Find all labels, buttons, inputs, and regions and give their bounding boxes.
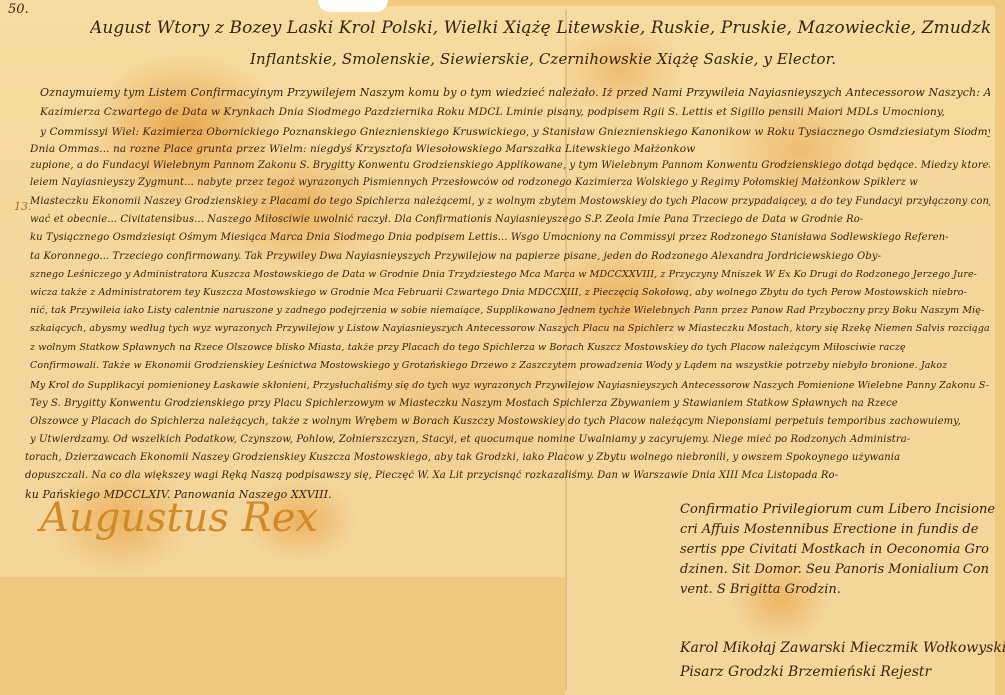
note-line: Confirmatio Privilegiorum cum Libero Inc… bbox=[680, 502, 995, 517]
royal-signature: Augustus Rex bbox=[40, 495, 318, 541]
heading-line-2: Inflantskie, Smolenskie, Siewierskie, Cz… bbox=[250, 50, 836, 68]
body-line: wać et obecnie... Civitatensibus... Nasz… bbox=[30, 214, 863, 225]
body-line: ta Koronnego... Trzeciego confirmowany. … bbox=[30, 251, 881, 262]
background-strip-right bbox=[995, 0, 1005, 695]
body-line: y Commissyi Wiel: Kazimierza Obornickieg… bbox=[40, 126, 990, 138]
blank-background-area bbox=[0, 577, 565, 695]
body-line: Dnia Ommas... na rozne Place grunta prze… bbox=[30, 143, 695, 155]
body-line: z wolnym Statkow Spławnych na Rzece Olsz… bbox=[30, 342, 906, 353]
heading-line-1: August Wtory z Bozey Laski Krol Polski, … bbox=[90, 18, 990, 38]
body-line: sznego Leśniczego y Administratora Kuszc… bbox=[30, 269, 977, 280]
body-line: nić, tak Przywileia iako Listy calentnie… bbox=[30, 305, 984, 316]
body-line: Tey S. Brygitty Konwentu Grodzienskiego … bbox=[30, 398, 898, 409]
note-line: Pisarz Grodzki Brzemieński Rejestr bbox=[680, 664, 931, 680]
body-line: Miasteczku Ekonomii Naszey Grodzienskiey… bbox=[30, 196, 990, 207]
body-line: Oznaymuiemy tym Listem Confirmacyinym Pr… bbox=[40, 86, 990, 99]
note-line: Karol Mikołaj Zawarski Mieczmik Wołkowys… bbox=[680, 640, 1005, 656]
body-line: dopuszczali. Na co dla większey wagi Ręk… bbox=[25, 470, 838, 481]
body-line: y Utwierdzamy. Od wszelkich Podatkow, Cz… bbox=[30, 434, 910, 445]
background-strip-top bbox=[385, 0, 1005, 6]
body-line: Kazimierza Czwartego de Data w Krynkach … bbox=[40, 106, 945, 118]
body-line: Olszowce y Placach do Spichlerza należąc… bbox=[30, 416, 961, 427]
body-line: My Krol do Supplikacyi pomienioney Łaska… bbox=[30, 380, 989, 391]
note-line: cri Affuis Mostennibus Erectione in fund… bbox=[680, 522, 978, 537]
body-line: torach, Dzierzawcach Ekonomii Naszey Gro… bbox=[25, 452, 900, 463]
page-number: 50. bbox=[8, 2, 29, 17]
torn-paper-gap bbox=[318, 0, 388, 12]
body-line: ku Tysiącznego Osmdziesiąt Ośmym Miesiąc… bbox=[30, 232, 949, 243]
body-line: szkaiących, abysmy według tych wyz wyraz… bbox=[30, 323, 990, 334]
margin-number: 13. bbox=[14, 200, 32, 213]
body-line: wicza także z Administratorem tey Kuszcz… bbox=[30, 287, 967, 298]
body-line: leiem Nayiasnieyszy Zygmunt... nabyte pr… bbox=[30, 177, 918, 188]
note-line: vent. S Brigitta Grodzin. bbox=[680, 582, 841, 597]
body-line: zupione, a do Fundacyi Wielebnym Pannom … bbox=[30, 160, 990, 171]
body-line: Confirmowali. Także w Ekonomii Grodziens… bbox=[30, 360, 947, 371]
note-line: sertis ppe Civitati Mostkach in Oeconomi… bbox=[680, 542, 989, 557]
note-line: dzinen. Sit Domor. Seu Panoris Monialium… bbox=[680, 562, 989, 577]
